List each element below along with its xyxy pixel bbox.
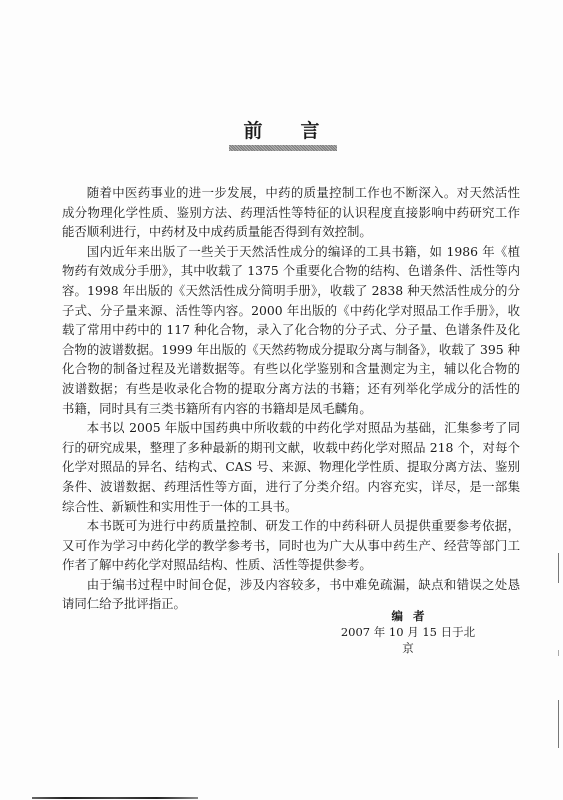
paragraph-2: 国内近年来出版了一些关于天然活性成分的编译的工具书籍，如 1986 年《植物药有… — [62, 242, 520, 418]
paragraph-4: 本书既可为进行中药质量控制、研发工作的中药科研人员提供重要参考依据，又可作为学习… — [62, 516, 520, 575]
title-char-1: 前 — [243, 116, 262, 143]
paragraph-1: 随着中医药事业的进一步发展，中药的质量控制工作也不断深入。对天然活性成分物理化学… — [62, 183, 520, 242]
page-title: 前言 — [0, 116, 563, 143]
title-char-2: 言 — [301, 116, 320, 143]
title-decorative-bar — [229, 145, 337, 151]
scan-artifact-mark — [558, 553, 559, 583]
signature-author: 编者 — [338, 608, 478, 624]
signature-date: 2007 年 10 月 15 日于北京 — [338, 624, 478, 656]
scan-artifact-mark — [558, 650, 559, 656]
preface-body: 随着中医药事业的进一步发展，中药的质量控制工作也不断深入。对天然活性成分物理化学… — [62, 183, 520, 614]
scan-artifact-mark — [558, 700, 559, 748]
signature-block: 编者 2007 年 10 月 15 日于北京 — [338, 608, 478, 656]
paragraph-3: 本书以 2005 年版中国药典中所收载的中药化学对照品为基础，汇集参考了同行的研… — [62, 418, 520, 516]
document-page: 前言 随着中医药事业的进一步发展，中药的质量控制工作也不断深入。对天然活性成分物… — [0, 0, 563, 800]
bottom-scan-line — [32, 797, 198, 799]
